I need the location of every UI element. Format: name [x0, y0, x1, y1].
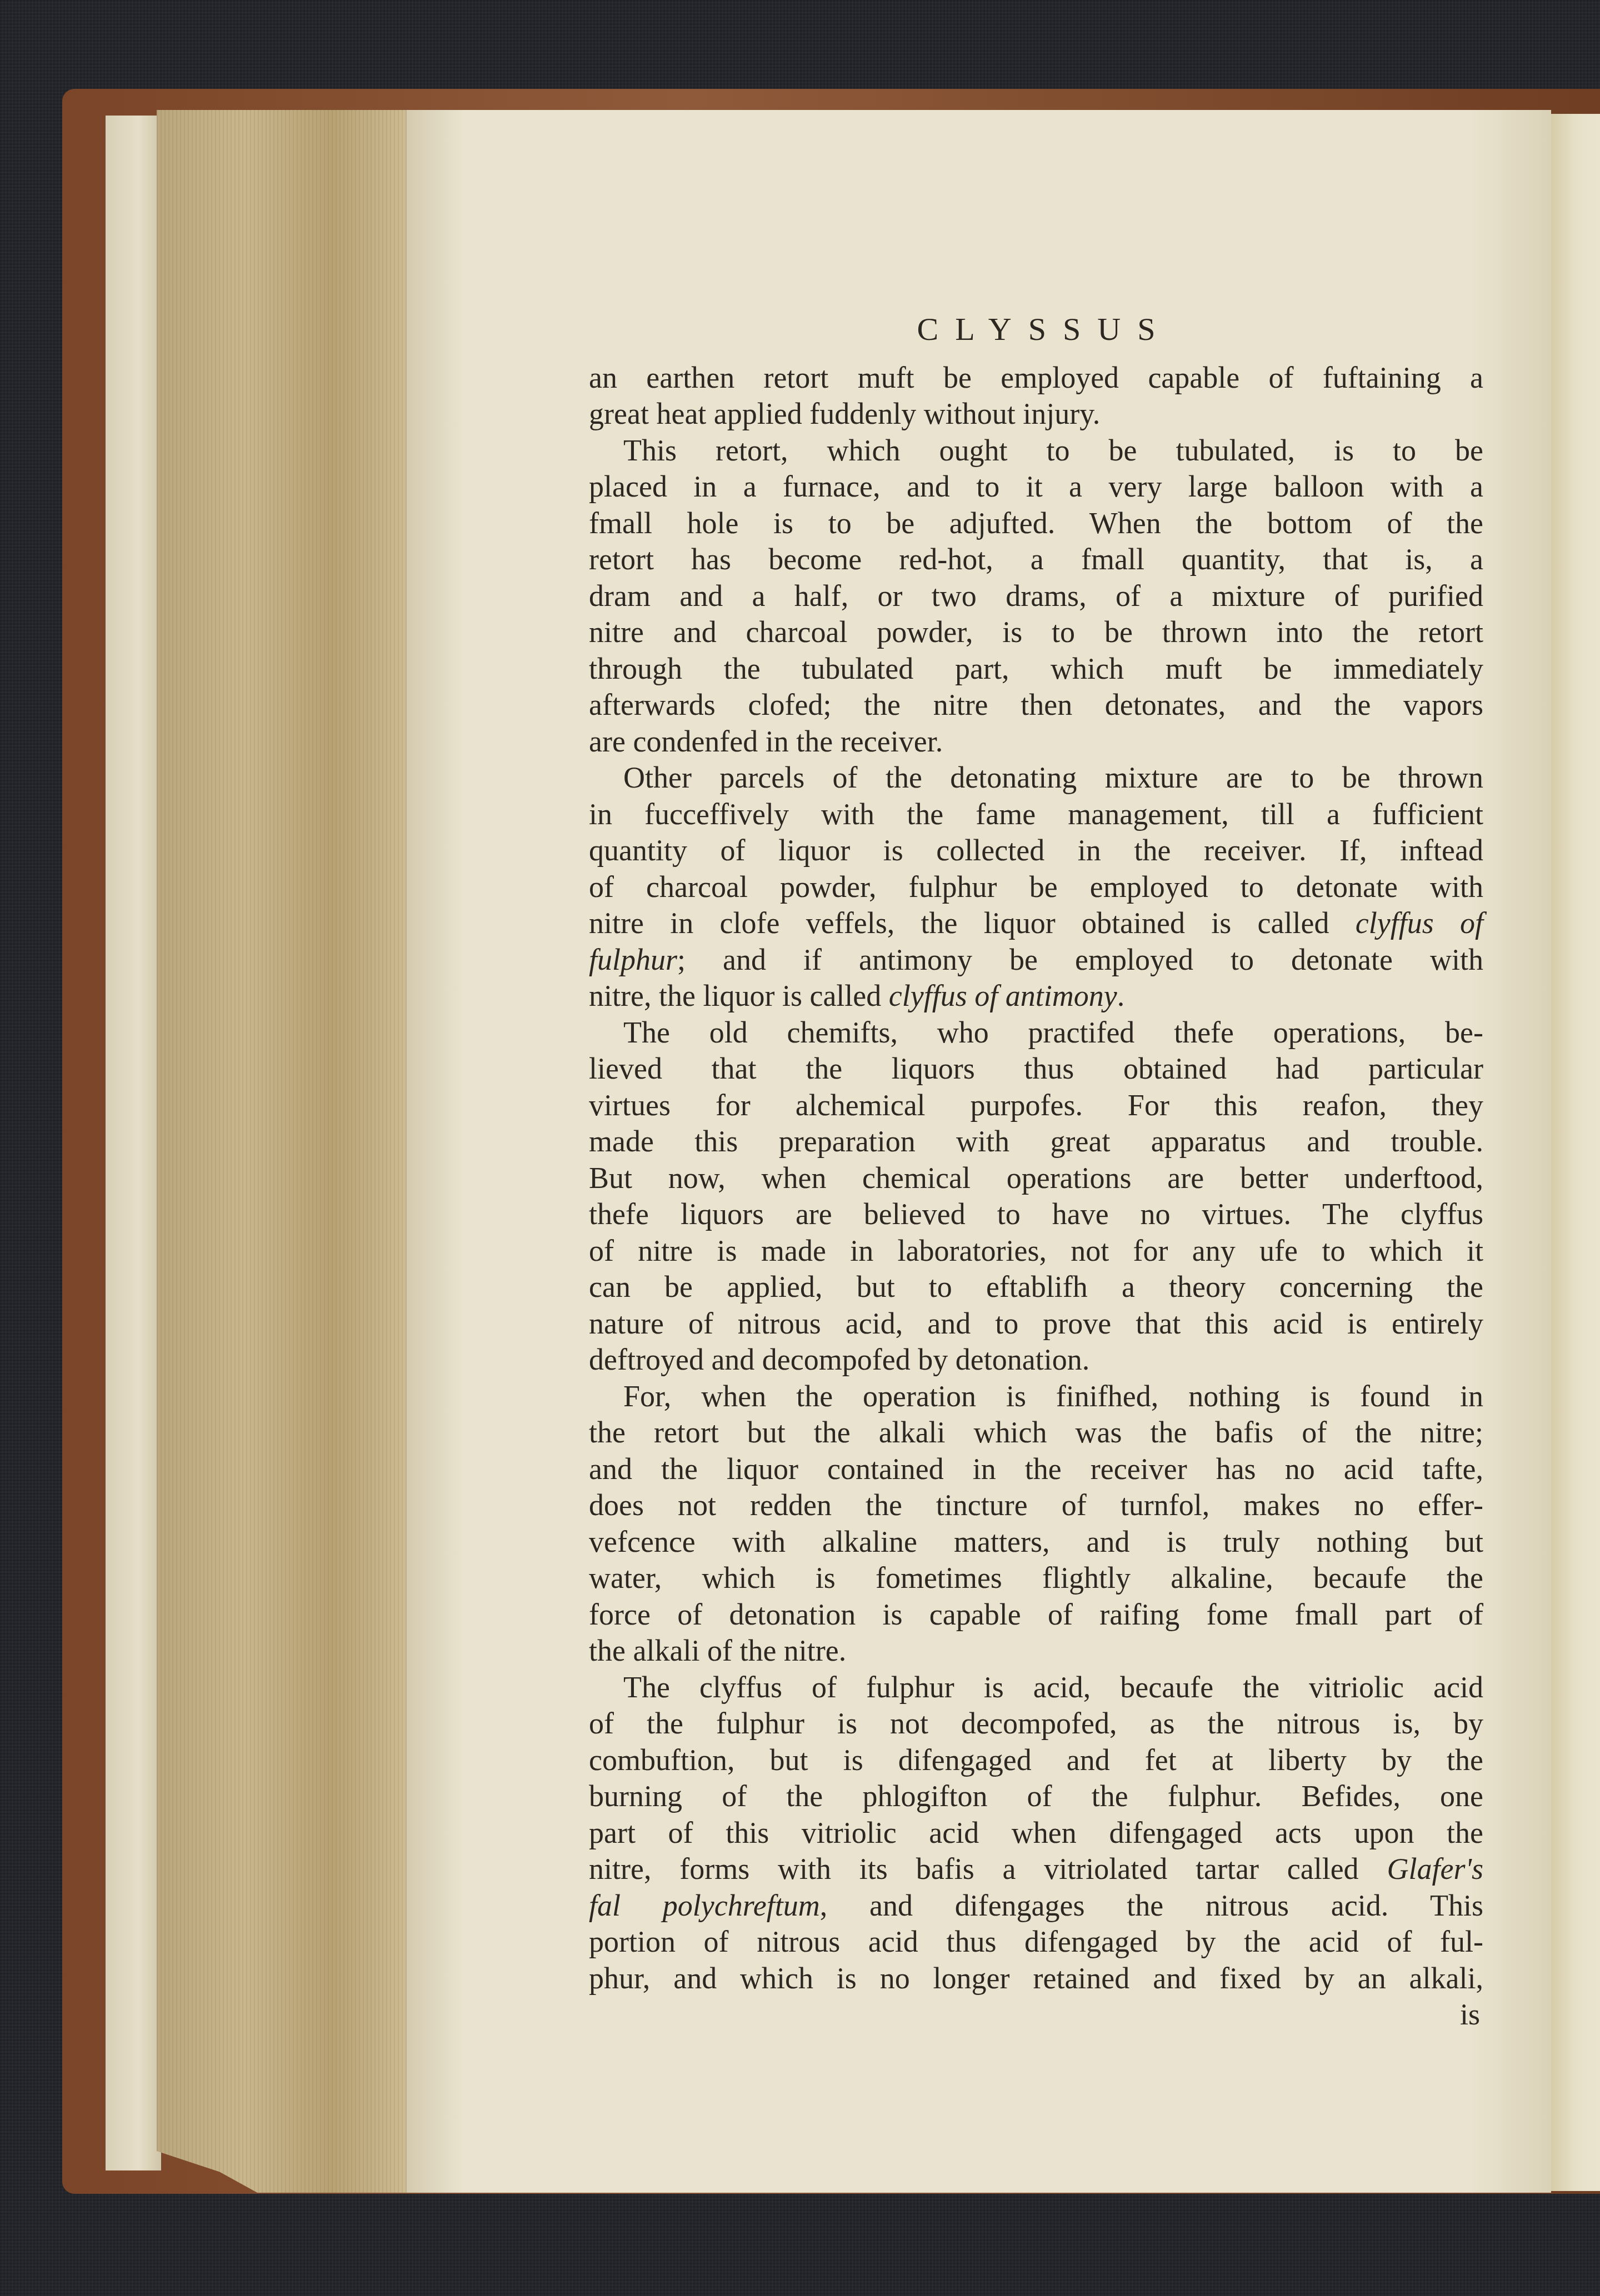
text-line: The clyffus of fulphur is acid, becaufe … [589, 1670, 1483, 1706]
paragraph-2: This retort, which ought to be tubulated… [589, 433, 1483, 760]
italic-phrase: Glafer's [1387, 1852, 1483, 1886]
text-line: does not redden the tincture of turnfol,… [589, 1487, 1483, 1524]
text-line: are condenfed in the receiver. [589, 724, 1483, 760]
text-line: part of this vitriolic acid when difenga… [589, 1815, 1483, 1852]
text-line: For, when the operation is finifhed, not… [589, 1378, 1483, 1415]
text-line: force of detonation is capable of raifin… [589, 1597, 1483, 1633]
text-line: an earthen retort muft be employed capab… [589, 360, 1483, 397]
text-line: vefcence with alkaline matters, and is t… [589, 1524, 1483, 1561]
text-line: nitre, the liquor is called clyffus of a… [589, 978, 1483, 1015]
text-line: But now, when chemical operations are be… [589, 1160, 1483, 1197]
text-line: The old chemifts, who practifed thefe op… [589, 1015, 1483, 1051]
text-line: combuftion, but is difengaged and fet at… [589, 1742, 1483, 1779]
text-line: through the tubulated part, which muft b… [589, 651, 1483, 688]
italic-phrase: clyffus of antimony [889, 979, 1117, 1012]
page-block-edges [157, 110, 408, 2193]
text-line: dram and a half, or two drams, of a mixt… [589, 578, 1483, 615]
italic-phrase: fulphur [589, 943, 677, 976]
text-line: afterwards clofed; the nitre then detona… [589, 687, 1483, 724]
text-line: of charcoal powder, fulphur be employed … [589, 869, 1483, 906]
text-line: thefe liquors are believed to have no vi… [589, 1196, 1483, 1233]
text-line: Other parcels of the detonating mixture … [589, 760, 1483, 796]
italic-phrase: fal polychreftum [589, 1889, 820, 1922]
text-line: burning of the phlogifton of the fulphur… [589, 1778, 1483, 1815]
text-line: This retort, which ought to be tubulated… [589, 433, 1483, 469]
text-line: the retort but the alkali which was the … [589, 1415, 1483, 1451]
text-line: fmall hole is to be adjufted. When the b… [589, 505, 1483, 542]
text-line: phur, and which is no longer retained an… [589, 1961, 1483, 1997]
text-line: virtues for alchemical purpofes. For thi… [589, 1087, 1483, 1124]
facing-page-edge [1550, 114, 1600, 2191]
text-line: in fucceffively with the fame management… [589, 796, 1483, 833]
running-head: CLYSSUS [589, 311, 1483, 348]
catchword: is [589, 1997, 1483, 2033]
page-text: CLYSSUS an earthen retort muft be employ… [589, 311, 1483, 2033]
text-line: placed in a furnace, and to it a very la… [589, 469, 1483, 505]
text-line: nitre, forms with its bafis a vitriolate… [589, 1851, 1483, 1888]
text-line: portion of nitrous acid thus difengaged … [589, 1924, 1483, 1961]
text-line: water, which is fometimes flightly alkal… [589, 1560, 1483, 1597]
text-line: retort has become red-hot, a fmall quant… [589, 542, 1483, 578]
italic-phrase: clyffus of [1356, 906, 1483, 940]
paragraph-6: The clyffus of fulphur is acid, becaufe … [589, 1670, 1483, 1997]
text-line: nature of nitrous acid, and to prove tha… [589, 1306, 1483, 1342]
paragraph-4: The old chemifts, who practifed thefe op… [589, 1015, 1483, 1378]
text-line: nitre in clofe veffels, the liquor obtai… [589, 905, 1483, 942]
text-line: of nitre is made in laboratories, not fo… [589, 1233, 1483, 1270]
text-line: nitre and charcoal powder, is to be thro… [589, 614, 1483, 651]
paragraph-5: For, when the operation is finifhed, not… [589, 1378, 1483, 1670]
text-line: deftroyed and decompofed by detonation. [589, 1342, 1483, 1378]
text-line: can be applied, but to eftablifh a theor… [589, 1269, 1483, 1306]
text-line: fulphur; and if antimony be employed to … [589, 942, 1483, 979]
text-line: quantity of liquor is collected in the r… [589, 833, 1483, 869]
text-line: fal polychreftum, and difengages the nit… [589, 1888, 1483, 1924]
text-line: and the liquor contained in the receiver… [589, 1451, 1483, 1488]
text-line: lieved that the liquors thus obtained ha… [589, 1051, 1483, 1087]
text-line: the alkali of the nitre. [589, 1633, 1483, 1670]
text-line: made this preparation with great apparat… [589, 1124, 1483, 1160]
text-line: great heat applied fuddenly without inju… [589, 396, 1483, 433]
paragraph-3: Other parcels of the detonating mixture … [589, 760, 1483, 1015]
flyleaf [106, 116, 161, 2170]
text-line: of the fulphur is not decompofed, as the… [589, 1706, 1483, 1742]
paragraph-1: an earthen retort muft be employed capab… [589, 360, 1483, 433]
